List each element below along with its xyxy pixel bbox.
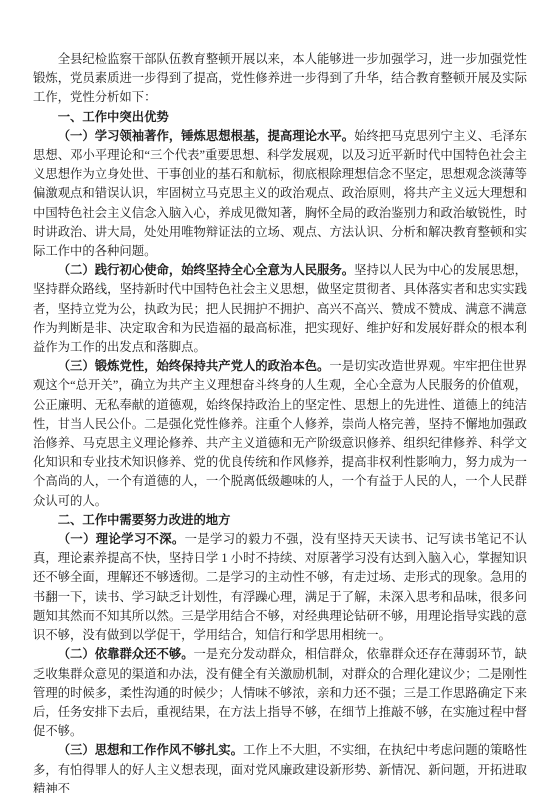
paragraph-lead: （三）思想和工作作风不够扎实。 (58, 743, 243, 757)
paragraph-lead: （二）践行初心使命，始终坚持全心全意为人民服务。 (58, 263, 354, 277)
paragraph-lead: （二）依靠群众还不够。 (58, 647, 194, 661)
paragraph-lead: （一）学习领袖著作，锤炼思想根基，提高理论水平。 (58, 129, 354, 143)
paragraph-text: 一是学习的毅力不强，没有坚持天天读书、记写读书笔记不认真，理论素养提高不快，坚持… (33, 532, 527, 642)
paragraph-improvement-2: （二）依靠群众还不够。一是充分发动群众，相信群众，依靠群众还存在薄弱环节，缺乏收… (33, 645, 527, 741)
section-heading-improvements: 二、工作中需要努力改进的地方 (33, 511, 527, 530)
section-heading-text: 二、工作中需要努力改进的地方 (58, 513, 231, 527)
paragraph-improvement-3: （三）思想和工作作风不够扎实。工作上不大胆，不实细，在执纪中考虑问题的策略性多，… (33, 741, 527, 793)
paragraph-improvement-1: （一）理论学习不深。一是学习的毅力不强，没有坚持天天读书、记写读书笔记不认真，理… (33, 530, 527, 645)
paragraph-text: 始终把马克思列宁主义、毛泽东思想、邓小平理论和“三个代表”重要思想、科学发展观，… (33, 129, 527, 258)
paragraph-lead: （一）理论学习不深。 (58, 532, 185, 546)
document-page: 全县纪检监察干部队伍教育整顿开展以来，本人能够进一步加强学习，进一步加强党性锻炼… (0, 0, 560, 793)
paragraph-advantage-2: （二）践行初心使命，始终坚持全心全意为人民服务。坚持以人民为中心的发展思想，坚持… (33, 261, 527, 357)
paragraph-advantage-3: （三）锻炼党性，始终保持共产党人的政治本色。一是切实改造世界观。牢牢把住世界观这… (33, 357, 527, 511)
paragraph-advantage-1: （一）学习领袖著作，锤炼思想根基，提高理论水平。始终把马克思列宁主义、毛泽东思想… (33, 127, 527, 261)
intro-paragraph: 全县纪检监察干部队伍教育整顿开展以来，本人能够进一步加强学习，进一步加强党性锻炼… (33, 50, 527, 108)
paragraph-lead: （三）锻炼党性，始终保持共产党人的政治本色。 (58, 359, 330, 373)
section-heading-text: 一、工作中突出优势 (58, 110, 169, 124)
paragraph-text: 全县纪检监察干部队伍教育整顿开展以来，本人能够进一步加强学习，进一步加强党性锻炼… (33, 52, 527, 104)
paragraph-text: 一是切实改造世界观。牢牢把住世界观这个“总开关”，确立为共产主义理想奋斗终身的人… (33, 359, 527, 507)
section-heading-advantages: 一、工作中突出优势 (33, 108, 527, 127)
